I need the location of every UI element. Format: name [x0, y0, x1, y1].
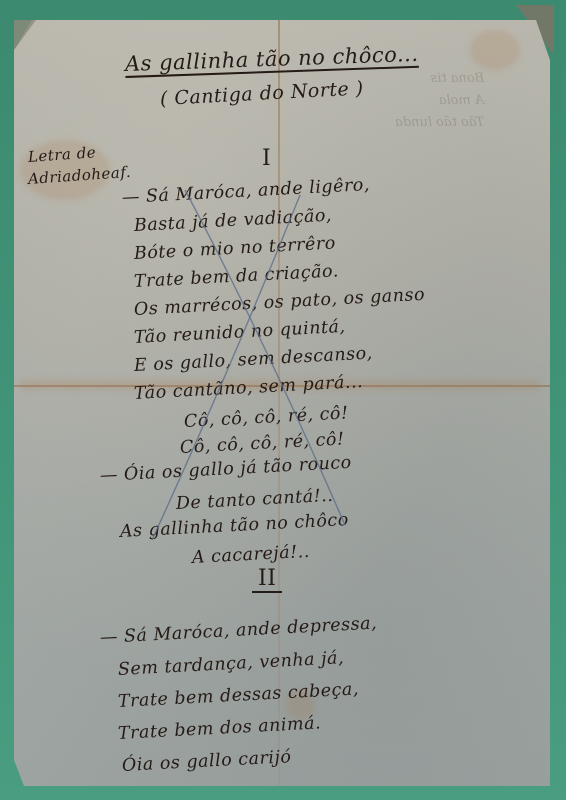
bleed-through-text: Bona tis A mola Tão tão lunda — [395, 68, 484, 134]
age-stain — [470, 30, 520, 70]
folded-corner-top-left — [14, 20, 36, 50]
section-numeral-1: I — [262, 146, 271, 171]
section-numeral-2: II — [252, 566, 282, 593]
